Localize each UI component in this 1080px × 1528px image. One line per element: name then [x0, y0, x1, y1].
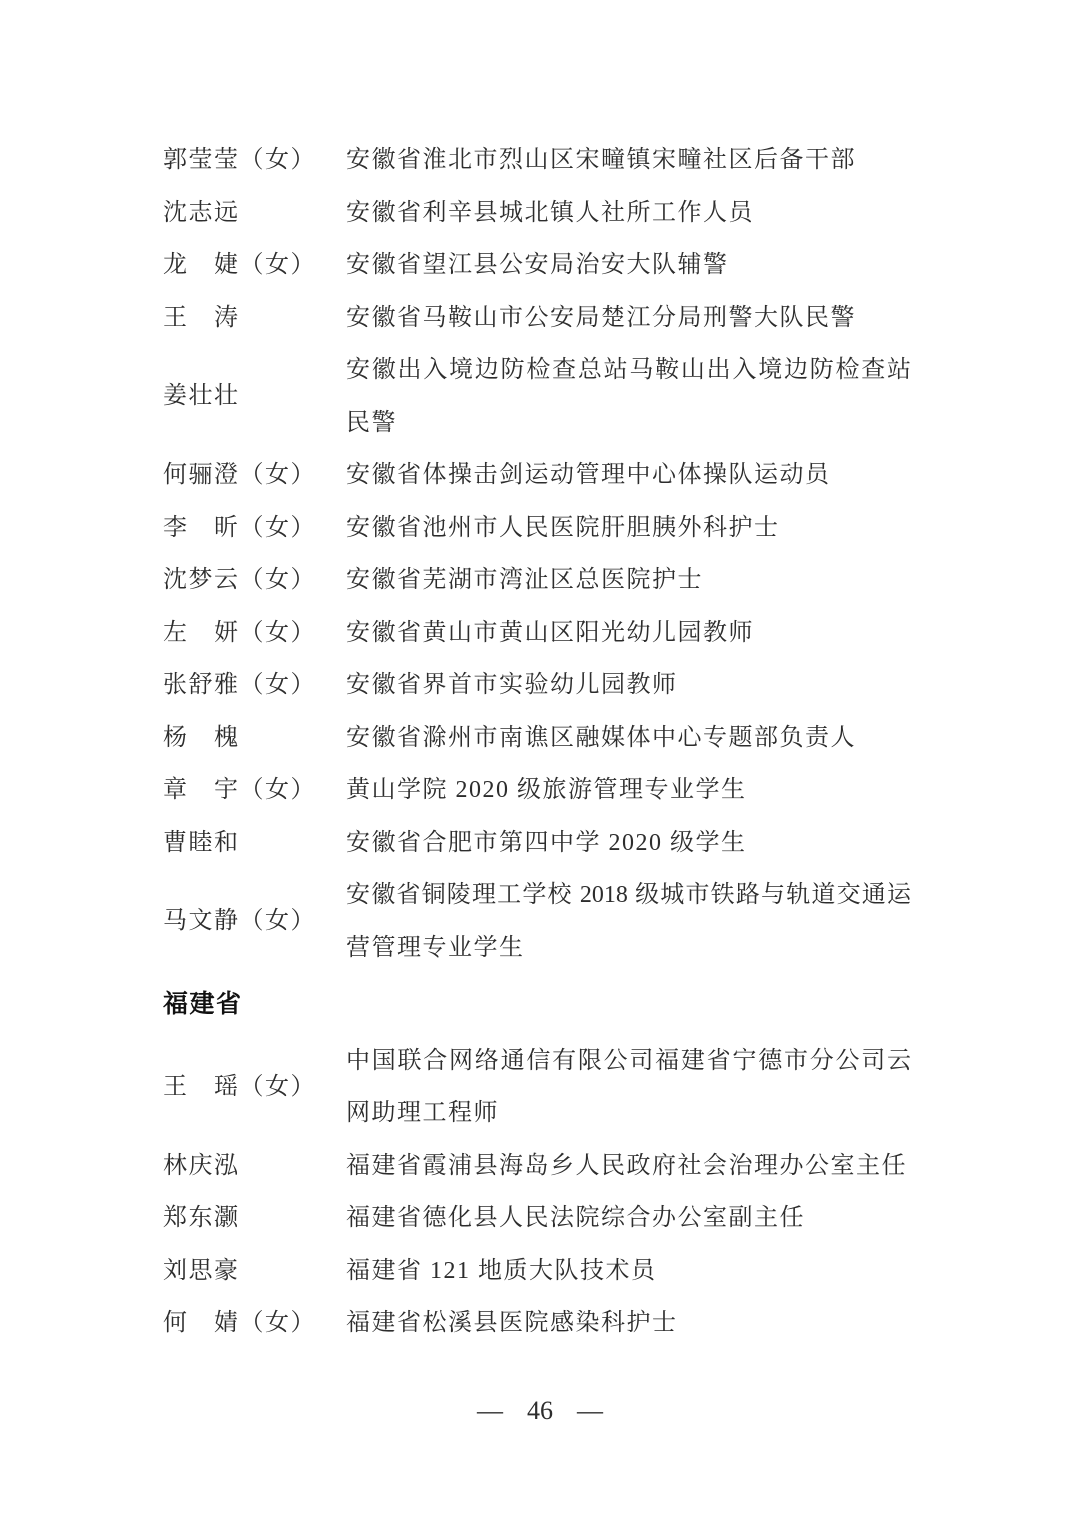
recipient-affiliation: 安徽省芜湖市湾沚区总医院护士 — [346, 554, 911, 607]
recipient-name: 林庆泓 — [163, 1140, 346, 1193]
page-footer: —46— — [0, 1396, 1080, 1426]
affiliation-line: 中国联合网络通信有限公司福建省宁德市分公司云 — [346, 1035, 911, 1088]
entry-row: 何 婧（女）福建省松溪县医院感染科护士 — [163, 1297, 913, 1350]
affiliation-line: 安徽省望江县公安局治安大队辅警 — [346, 239, 911, 292]
recipient-name: 郭莹莹（女） — [163, 134, 346, 187]
affiliation-line: 安徽出入境边防检查总站马鞍山出入境边防检查站 — [346, 344, 911, 397]
affiliation-line: 福建省松溪县医院感染科护士 — [346, 1297, 911, 1350]
affiliation-line: 安徽省铜陵理工学校 2018 级城市铁路与轨道交通运 — [346, 869, 911, 922]
recipient-name: 曹睦和 — [163, 817, 346, 870]
entry-row: 何骊澄（女）安徽省体操击剑运动管理中心体操队运动员 — [163, 449, 913, 502]
affiliation-line: 安徽省池州市人民医院肝胆胰外科护士 — [346, 502, 911, 555]
recipient-affiliation: 黄山学院 2020 级旅游管理专业学生 — [346, 764, 911, 817]
affiliation-line: 福建省德化县人民法院综合办公室副主任 — [346, 1192, 911, 1245]
entry-row: 姜壮壮安徽出入境边防检查总站马鞍山出入境边防检查站民警 — [163, 344, 913, 449]
recipient-name: 何 婧（女） — [163, 1297, 346, 1350]
recipient-name: 杨 槐 — [163, 712, 346, 765]
affiliation-line: 安徽省芜湖市湾沚区总医院护士 — [346, 554, 911, 607]
affiliation-line: 民警 — [346, 397, 911, 450]
recipient-affiliation: 福建省德化县人民法院综合办公室副主任 — [346, 1192, 911, 1245]
entry-row: 沈梦云（女）安徽省芜湖市湾沚区总医院护士 — [163, 554, 913, 607]
recipient-name: 王 瑶（女） — [163, 1061, 346, 1114]
recipient-affiliation: 安徽省池州市人民医院肝胆胰外科护士 — [346, 502, 911, 555]
recipient-name: 章 宇（女） — [163, 764, 346, 817]
entry-row: 马文静（女）安徽省铜陵理工学校 2018 级城市铁路与轨道交通运营管理专业学生 — [163, 869, 913, 974]
recipient-name: 何骊澄（女） — [163, 449, 346, 502]
section-header: 福建省 — [163, 978, 913, 1031]
recipient-affiliation: 福建省霞浦县海岛乡人民政府社会治理办公室主任 — [346, 1140, 911, 1193]
page-number: 46 — [527, 1396, 553, 1425]
recipient-name: 张舒雅（女） — [163, 659, 346, 712]
entry-row: 章 宇（女）黄山学院 2020 级旅游管理专业学生 — [163, 764, 913, 817]
entry-row: 刘思豪福建省 121 地质大队技术员 — [163, 1245, 913, 1298]
entry-row: 沈志远安徽省利辛县城北镇人社所工作人员 — [163, 187, 913, 240]
recipient-affiliation: 福建省 121 地质大队技术员 — [346, 1245, 911, 1298]
recipient-name: 郑东灏 — [163, 1192, 346, 1245]
recipient-affiliation: 安徽省铜陵理工学校 2018 级城市铁路与轨道交通运营管理专业学生 — [346, 869, 911, 974]
entry-row: 王 涛安徽省马鞍山市公安局楚江分局刑警大队民警 — [163, 292, 913, 345]
affiliation-line: 安徽省体操击剑运动管理中心体操队运动员 — [346, 449, 911, 502]
entry-row: 杨 槐安徽省滁州市南谯区融媒体中心专题部负责人 — [163, 712, 913, 765]
recipient-name: 李 昕（女） — [163, 502, 346, 555]
recipient-affiliation: 安徽省利辛县城北镇人社所工作人员 — [346, 187, 911, 240]
recipient-list: 郭莹莹（女）安徽省淮北市烈山区宋疃镇宋疃社区后备干部沈志远安徽省利辛县城北镇人社… — [163, 134, 913, 1350]
recipient-name: 沈梦云（女） — [163, 554, 346, 607]
recipient-affiliation: 安徽省望江县公安局治安大队辅警 — [346, 239, 911, 292]
footer-dash-right: — — [577, 1396, 603, 1425]
entry-row: 左 妍（女）安徽省黄山市黄山区阳光幼儿园教师 — [163, 607, 913, 660]
recipient-affiliation: 安徽省黄山市黄山区阳光幼儿园教师 — [346, 607, 911, 660]
affiliation-line: 福建省 121 地质大队技术员 — [346, 1245, 911, 1298]
recipient-affiliation: 安徽出入境边防检查总站马鞍山出入境边防检查站民警 — [346, 344, 911, 449]
recipient-affiliation: 安徽省淮北市烈山区宋疃镇宋疃社区后备干部 — [346, 134, 911, 187]
affiliation-line: 营管理专业学生 — [346, 922, 911, 975]
recipient-affiliation: 安徽省滁州市南谯区融媒体中心专题部负责人 — [346, 712, 911, 765]
affiliation-line: 安徽省界首市实验幼儿园教师 — [346, 659, 911, 712]
recipient-affiliation: 安徽省马鞍山市公安局楚江分局刑警大队民警 — [346, 292, 911, 345]
recipient-affiliation: 安徽省合肥市第四中学 2020 级学生 — [346, 817, 911, 870]
document-page: 郭莹莹（女）安徽省淮北市烈山区宋疃镇宋疃社区后备干部沈志远安徽省利辛县城北镇人社… — [0, 0, 1080, 1528]
affiliation-line: 网助理工程师 — [346, 1087, 911, 1140]
recipient-name: 姜壮壮 — [163, 370, 346, 423]
affiliation-line: 安徽省利辛县城北镇人社所工作人员 — [346, 187, 911, 240]
entry-row: 王 瑶（女）中国联合网络通信有限公司福建省宁德市分公司云网助理工程师 — [163, 1035, 913, 1140]
entry-row: 郑东灏福建省德化县人民法院综合办公室副主任 — [163, 1192, 913, 1245]
recipient-affiliation: 安徽省界首市实验幼儿园教师 — [346, 659, 911, 712]
recipient-name: 左 妍（女） — [163, 607, 346, 660]
entry-row: 龙 婕（女）安徽省望江县公安局治安大队辅警 — [163, 239, 913, 292]
entry-row: 郭莹莹（女）安徽省淮北市烈山区宋疃镇宋疃社区后备干部 — [163, 134, 913, 187]
recipient-name: 刘思豪 — [163, 1245, 346, 1298]
footer-dash-left: — — [477, 1396, 503, 1425]
affiliation-line: 福建省霞浦县海岛乡人民政府社会治理办公室主任 — [346, 1140, 911, 1193]
recipient-name: 马文静（女） — [163, 895, 346, 948]
recipient-affiliation: 安徽省体操击剑运动管理中心体操队运动员 — [346, 449, 911, 502]
entry-row: 林庆泓福建省霞浦县海岛乡人民政府社会治理办公室主任 — [163, 1140, 913, 1193]
entry-row: 李 昕（女）安徽省池州市人民医院肝胆胰外科护士 — [163, 502, 913, 555]
recipient-name: 龙 婕（女） — [163, 239, 346, 292]
affiliation-line: 安徽省淮北市烈山区宋疃镇宋疃社区后备干部 — [346, 134, 911, 187]
entry-row: 曹睦和安徽省合肥市第四中学 2020 级学生 — [163, 817, 913, 870]
affiliation-line: 安徽省合肥市第四中学 2020 级学生 — [346, 817, 911, 870]
affiliation-line: 安徽省滁州市南谯区融媒体中心专题部负责人 — [346, 712, 911, 765]
recipient-affiliation: 福建省松溪县医院感染科护士 — [346, 1297, 911, 1350]
affiliation-line: 安徽省黄山市黄山区阳光幼儿园教师 — [346, 607, 911, 660]
entry-row: 张舒雅（女）安徽省界首市实验幼儿园教师 — [163, 659, 913, 712]
affiliation-line: 黄山学院 2020 级旅游管理专业学生 — [346, 764, 911, 817]
recipient-affiliation: 中国联合网络通信有限公司福建省宁德市分公司云网助理工程师 — [346, 1035, 911, 1140]
recipient-name: 沈志远 — [163, 187, 346, 240]
recipient-name: 王 涛 — [163, 292, 346, 345]
affiliation-line: 安徽省马鞍山市公安局楚江分局刑警大队民警 — [346, 292, 911, 345]
